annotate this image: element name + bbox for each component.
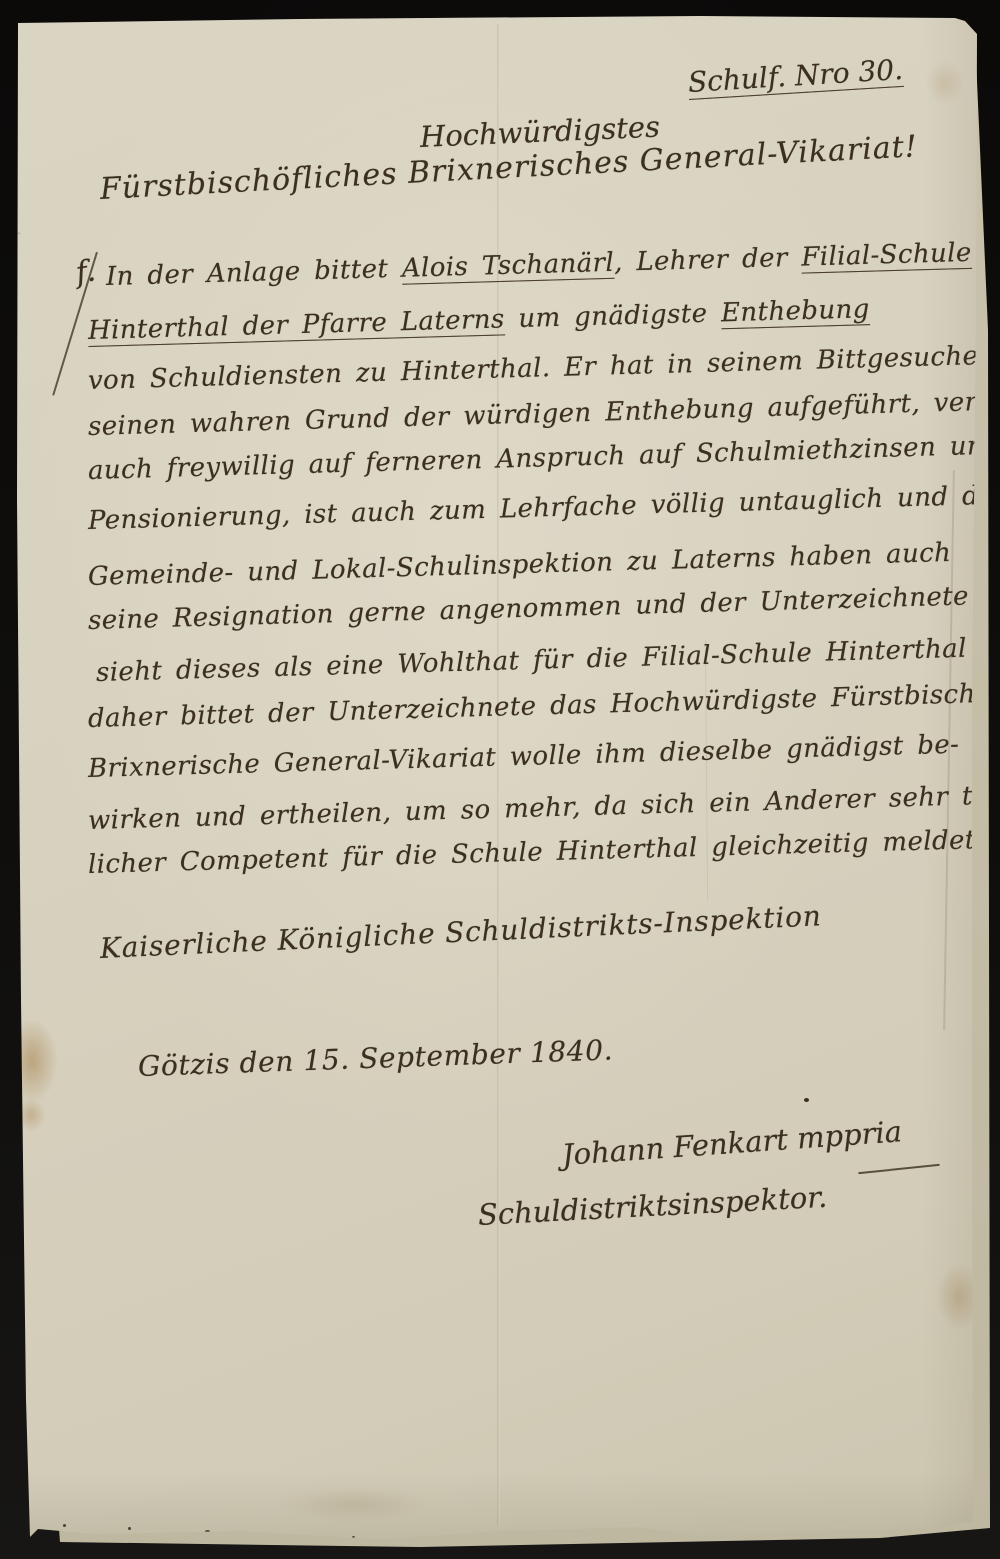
body-text: von Schuldiensten zu Hinterthal. Er hat … (88, 341, 979, 396)
body-line: Gemeinde- und Lokal-Schulinspektion zu L… (88, 538, 952, 592)
underlined-phrase: Filial-Schule (801, 238, 972, 273)
body-text: licher Competent für die Schule Hinterth… (88, 825, 985, 880)
body-text: , Lehrer der (614, 243, 802, 278)
body-line: licher Competent für die Schule Hinterth… (88, 825, 985, 880)
photo-background: Schulf. Nro 30. Hochwürdigstes Fürstbisc… (0, 0, 1000, 1559)
dateline: Götzis den 15. September 1840. (137, 1033, 613, 1083)
center-fold-line (497, 24, 500, 1526)
body-line: Pensionierung, ist auch zum Lehrfache vö… (88, 480, 1000, 536)
foxing-stain (280, 1486, 430, 1522)
ink-dot (804, 1098, 809, 1102)
body-text: auch freywillig auf ferneren Anspruch au… (88, 431, 1000, 486)
foxing-stain (6, 1018, 58, 1104)
body-line: sieht dieses als eine Wohlthat für die F… (96, 632, 1000, 688)
signature-name: Johann Fenkart mppria (561, 1114, 903, 1172)
body-text: seine Resignation gerne angenommen und d… (88, 581, 970, 636)
docket-number-text: Schulf. Nro 30. (687, 53, 904, 99)
body-line: Hinterthal der Pfarre Laterns um gnädigs… (88, 294, 871, 346)
foxing-stain (16, 1098, 46, 1132)
edge-speck (63, 1524, 66, 1527)
body-line: daher bittet der Unterzeichnete das Hoch… (88, 678, 1000, 734)
foxing-stain (925, 60, 965, 106)
body-text: Pensionierung, ist auch zum Lehrfache vö… (88, 480, 1000, 536)
edge-speck (128, 1527, 131, 1530)
underlined-phrase: Alois Tschanärl (401, 248, 614, 284)
edge-pen-squiggle (0, 207, 21, 238)
body-line: Brixnerische General-Vikariat wolle ihm … (88, 730, 960, 784)
body-text: daher bittet der Unterzeichnete das Hoch… (88, 678, 1000, 734)
body-line: seine Resignation gerne angenommen und d… (88, 581, 970, 636)
body-line: auch freywillig auf ferneren Anspruch au… (88, 431, 1000, 486)
paper-sheet: Schulf. Nro 30. Hochwürdigstes Fürstbisc… (0, 0, 1000, 1559)
body-text: um gnädigste (504, 298, 721, 334)
underlined-phrase: Enthebung (721, 294, 870, 328)
signature-title: Schuldistriktsinspektor. (477, 1180, 828, 1232)
body-line: von Schuldiensten zu Hinterthal. Er hat … (88, 341, 979, 396)
body-text: sieht dieses als eine Wohlthat für die F… (96, 632, 1000, 688)
body-text: Gemeinde- und Lokal-Schulinspektion zu L… (88, 538, 952, 592)
body-text: Brixnerische General-Vikariat wolle ihm … (88, 730, 960, 784)
body-line: In der Anlage bittet Alois Tschanärl, Le… (106, 238, 972, 292)
body-text: In der Anlage bittet (106, 254, 403, 292)
underlined-phrase: Hinterthal der Pfarre Laterns (88, 304, 506, 346)
closing-office-line: Kaiserliche Königliche Schuldistrikts-In… (99, 899, 822, 965)
docket-number: Schulf. Nro 30. (687, 53, 904, 99)
